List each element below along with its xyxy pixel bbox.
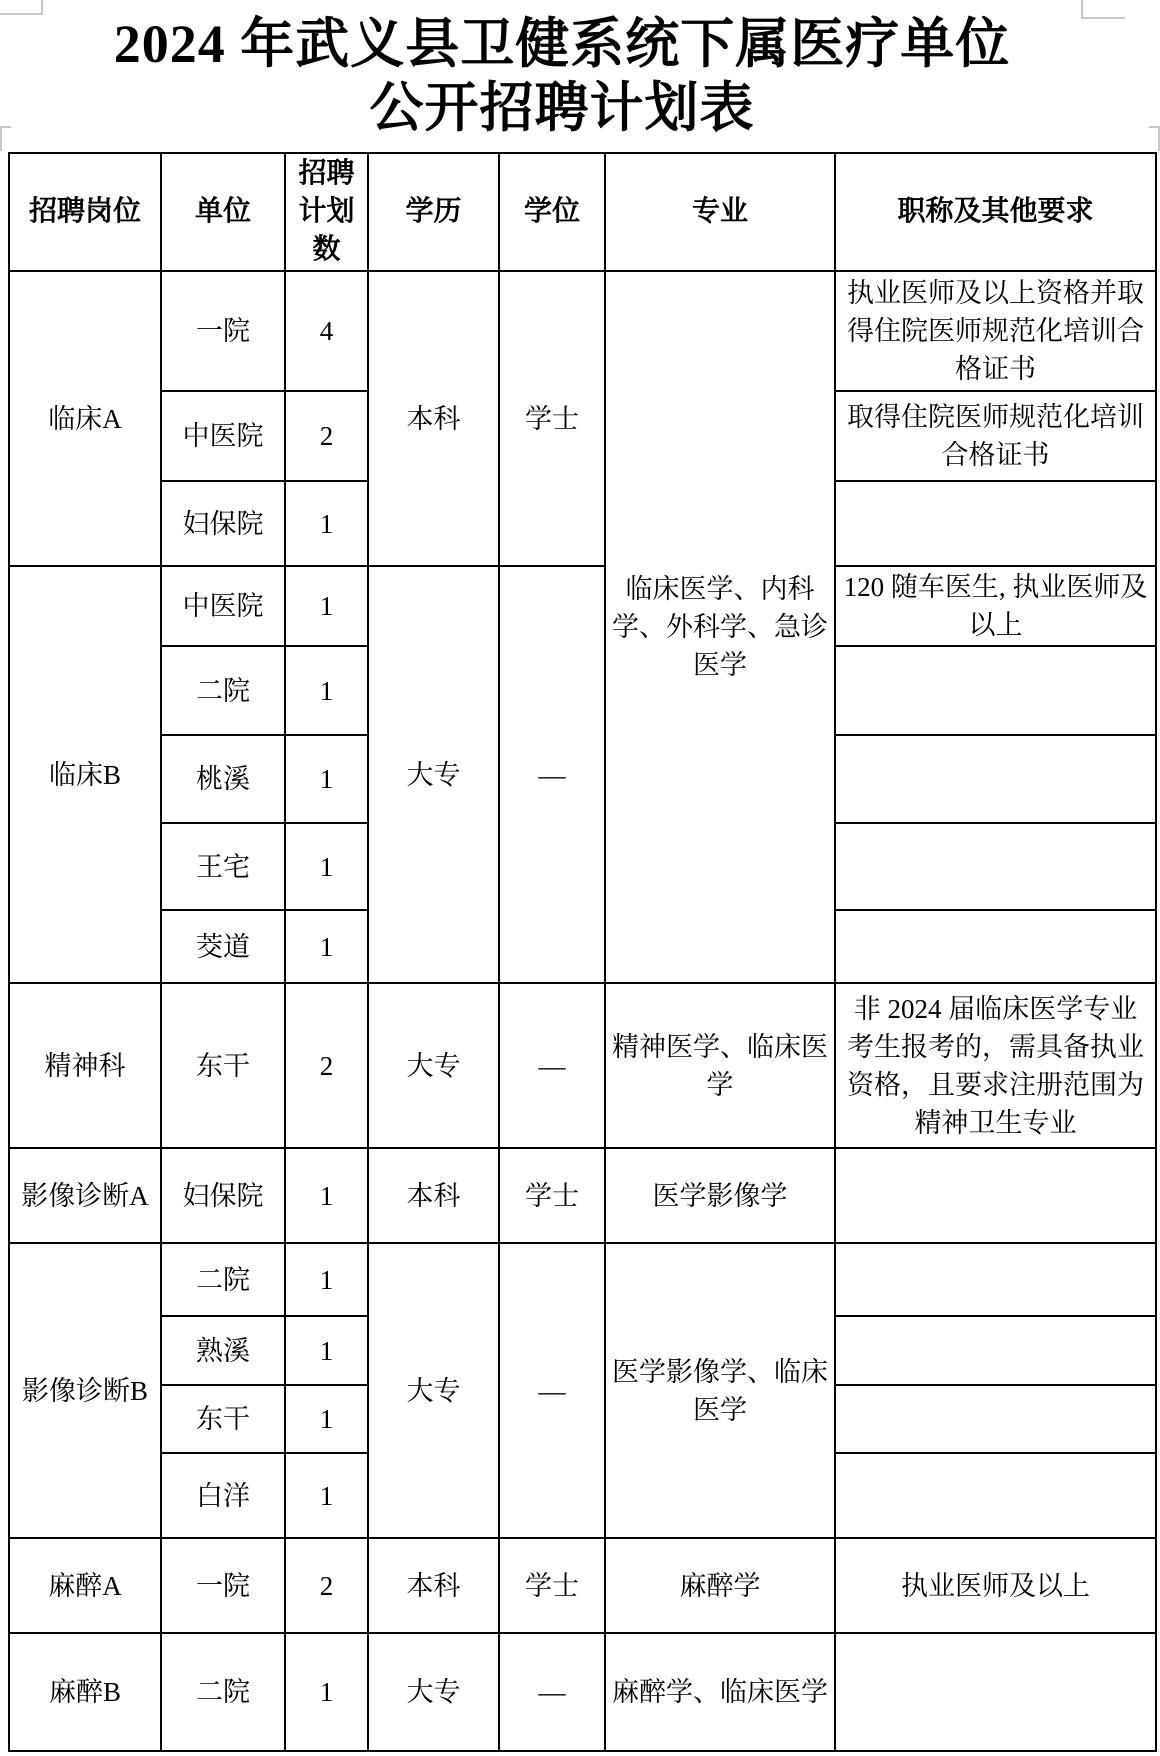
cell-major: 麻醉学、临床医学 xyxy=(605,1633,835,1751)
cell-count: 1 xyxy=(285,735,368,823)
cell-requirement xyxy=(835,823,1156,910)
cell-requirement: 执业医师及以上资格并取得住院医师规范化培训合格证书 xyxy=(835,271,1156,391)
cell-count: 1 xyxy=(285,1316,368,1385)
cell-position: 麻醉B xyxy=(9,1633,161,1751)
cell-count: 1 xyxy=(285,646,368,735)
cell-unit: 东干 xyxy=(161,1385,285,1453)
cell-count: 2 xyxy=(285,391,368,481)
cell-unit: 二院 xyxy=(161,1243,285,1316)
cell-position: 临床A xyxy=(9,271,161,566)
cell-degree: 学士 xyxy=(499,1538,605,1633)
cell-position: 麻醉A xyxy=(9,1538,161,1633)
cell-position: 精神科 xyxy=(9,983,161,1148)
cell-education: 大专 xyxy=(368,1633,499,1751)
column-header-plan-count: 招聘计划数 xyxy=(285,153,368,271)
cell-unit: 妇保院 xyxy=(161,481,285,566)
table-row: 影像诊断A 妇保院 1 本科 学士 医学影像学 xyxy=(9,1148,1156,1243)
cell-unit: 中医院 xyxy=(161,566,285,646)
cell-count: 1 xyxy=(285,910,368,983)
cell-requirement xyxy=(835,910,1156,983)
page-title-line1: 2024 年武义县卫健系统下属医疗单位 xyxy=(0,12,1142,76)
cell-count: 2 xyxy=(285,983,368,1148)
cell-count: 4 xyxy=(285,271,368,391)
cell-unit: 桃溪 xyxy=(161,735,285,823)
cell-degree: — xyxy=(499,983,605,1148)
cell-unit: 一院 xyxy=(161,1538,285,1633)
column-header-major: 专业 xyxy=(605,153,835,271)
cell-requirement xyxy=(835,1453,1156,1538)
cell-requirement: 非 2024 届临床医学专业考生报考的，需具备执业资格，且要求注册范围为精神卫生… xyxy=(835,983,1156,1148)
page-title-line2: 公开招聘计划表 xyxy=(0,76,1142,140)
table-row: 影像诊断B 二院 1 大专 — 医学影像学、临床医学 xyxy=(9,1243,1156,1316)
cell-degree: 学士 xyxy=(499,1148,605,1243)
cell-major: 临床医学、内科学、外科学、急诊医学 xyxy=(605,271,835,983)
cell-count: 1 xyxy=(285,481,368,566)
cell-count: 1 xyxy=(285,566,368,646)
column-header-degree: 学位 xyxy=(499,153,605,271)
cell-unit: 东干 xyxy=(161,983,285,1148)
cell-unit: 王宅 xyxy=(161,823,285,910)
column-header-position: 招聘岗位 xyxy=(9,153,161,271)
cell-count: 1 xyxy=(285,1453,368,1538)
cell-education: 大专 xyxy=(368,1243,499,1538)
cell-major: 医学影像学 xyxy=(605,1148,835,1243)
cell-requirement: 执业医师及以上 xyxy=(835,1538,1156,1633)
cell-requirement xyxy=(835,1385,1156,1453)
cell-count: 1 xyxy=(285,1148,368,1243)
cell-education: 大专 xyxy=(368,983,499,1148)
table-row: 临床A 一院 4 本科 学士 临床医学、内科学、外科学、急诊医学 执业医师及以上… xyxy=(9,271,1156,391)
cell-count: 1 xyxy=(285,1385,368,1453)
cell-requirement xyxy=(835,646,1156,735)
cell-position: 影像诊断A xyxy=(9,1148,161,1243)
cell-requirement: 120 随车医生, 执业医师及以上 xyxy=(835,566,1156,646)
cell-education: 本科 xyxy=(368,1148,499,1243)
column-header-unit: 单位 xyxy=(161,153,285,271)
cell-requirement xyxy=(835,735,1156,823)
cell-count: 2 xyxy=(285,1538,368,1633)
cell-degree: — xyxy=(499,1633,605,1751)
cell-degree: — xyxy=(499,1243,605,1538)
cell-education: 本科 xyxy=(368,1538,499,1633)
cell-position: 临床B xyxy=(9,566,161,983)
cell-education: 本科 xyxy=(368,271,499,566)
cell-unit: 一院 xyxy=(161,271,285,391)
header-row: 招聘岗位 单位 招聘计划数 学历 学位 专业 职称及其他要求 xyxy=(9,153,1156,271)
cell-count: 1 xyxy=(285,1243,368,1316)
cell-requirement: 取得住院医师规范化培训合格证书 xyxy=(835,391,1156,481)
cell-unit: 熟溪 xyxy=(161,1316,285,1385)
recruitment-plan-table: 招聘岗位 单位 招聘计划数 学历 学位 专业 职称及其他要求 临床A 一院 4 … xyxy=(8,152,1157,1752)
cell-unit: 二院 xyxy=(161,1633,285,1751)
cell-requirement xyxy=(835,1316,1156,1385)
cell-unit: 茭道 xyxy=(161,910,285,983)
cell-unit: 二院 xyxy=(161,646,285,735)
table-row: 精神科 东干 2 大专 — 精神医学、临床医学 非 2024 届临床医学专业考生… xyxy=(9,983,1156,1148)
table-row: 麻醉A 一院 2 本科 学士 麻醉学 执业医师及以上 xyxy=(9,1538,1156,1633)
cell-degree: 学士 xyxy=(499,271,605,566)
table-row: 临床B 中医院 1 大专 — 120 随车医生, 执业医师及以上 xyxy=(9,566,1156,646)
cell-position: 影像诊断B xyxy=(9,1243,161,1538)
cell-degree: — xyxy=(499,566,605,983)
cell-education: 大专 xyxy=(368,566,499,983)
cell-requirement xyxy=(835,1148,1156,1243)
cell-major: 精神医学、临床医学 xyxy=(605,983,835,1148)
cell-count: 1 xyxy=(285,1633,368,1751)
cell-requirement xyxy=(835,1633,1156,1751)
cell-unit: 中医院 xyxy=(161,391,285,481)
column-header-requirements: 职称及其他要求 xyxy=(835,153,1156,271)
page-title: 2024 年武义县卫健系统下属医疗单位 公开招聘计划表 xyxy=(0,0,1142,140)
cell-requirement xyxy=(835,481,1156,566)
cell-requirement xyxy=(835,1243,1156,1316)
cell-major: 医学影像学、临床医学 xyxy=(605,1243,835,1538)
cell-count: 1 xyxy=(285,823,368,910)
cell-unit: 妇保院 xyxy=(161,1148,285,1243)
cell-major: 麻醉学 xyxy=(605,1538,835,1633)
column-header-education: 学历 xyxy=(368,153,499,271)
table-row: 麻醉B 二院 1 大专 — 麻醉学、临床医学 xyxy=(9,1633,1156,1751)
cell-unit: 白洋 xyxy=(161,1453,285,1538)
